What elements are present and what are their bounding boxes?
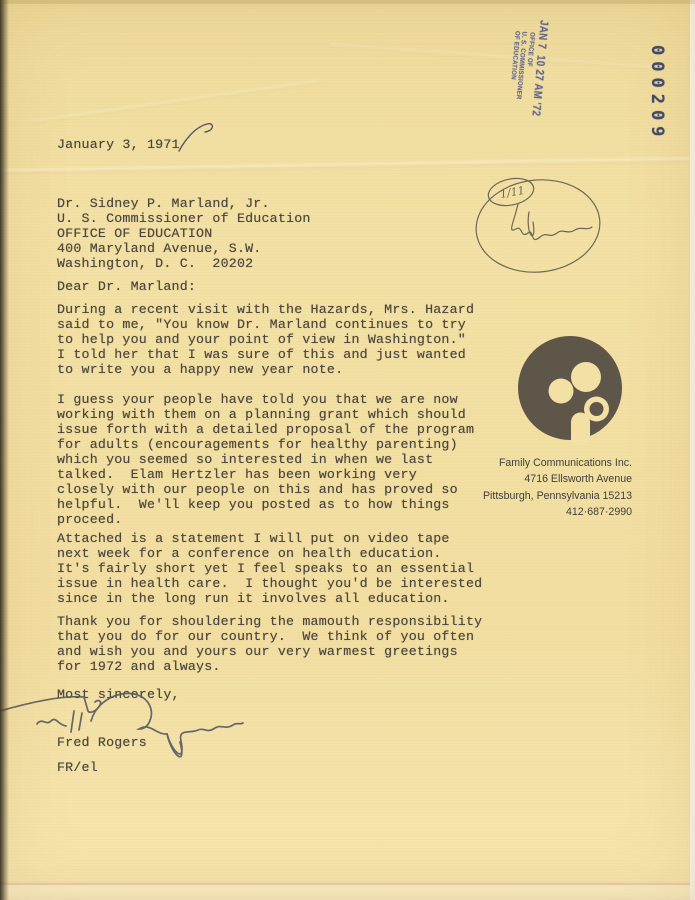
letterhead-address: Family Communications Inc. 4716 Ellswort… bbox=[440, 455, 632, 521]
letter-paragraph-4: Thank you for shouldering the mamouth re… bbox=[57, 614, 482, 674]
date-line: January 3, 1971 bbox=[57, 137, 180, 152]
letter-scan: JAN 7 10 27 AM '72 OFFICE OF U. S. COMMI… bbox=[0, 0, 695, 900]
handwritten-signature bbox=[0, 680, 260, 780]
typist-initials: FR/el bbox=[57, 760, 98, 775]
pen-flourish bbox=[176, 120, 224, 154]
recipient-address: Dr. Sidney P. Marland, Jr. U. S. Commiss… bbox=[57, 196, 311, 271]
paper-bottom-strip bbox=[0, 885, 695, 900]
family-communications-logo bbox=[492, 332, 652, 447]
fold-crease bbox=[31, 80, 318, 122]
salutation: Dear Dr. Marland: bbox=[57, 279, 196, 294]
letter-paragraph-2: I guess your people have told you that w… bbox=[57, 392, 474, 527]
annotation-note: 1/11 bbox=[499, 184, 526, 201]
fold-crease bbox=[330, 43, 659, 68]
typed-signature-name: Fred Rogers bbox=[57, 735, 147, 750]
letter-paragraph-3: Attached is a statement I will put on vi… bbox=[57, 531, 482, 606]
serial-number-stamp: 000209 bbox=[647, 45, 667, 165]
paper-left-edge bbox=[0, 0, 9, 900]
paper-top-edge bbox=[0, 0, 695, 4]
paper-right-edge bbox=[690, 0, 695, 900]
received-date-stamp: JAN 7 10 27 AM '72 OFFICE OF U. S. COMMI… bbox=[504, 18, 549, 133]
letter-paragraph-1: During a recent visit with the Hazards, … bbox=[57, 302, 474, 377]
routing-annotation-scribble: 1/11 bbox=[470, 172, 608, 280]
fold-crease bbox=[0, 157, 695, 173]
